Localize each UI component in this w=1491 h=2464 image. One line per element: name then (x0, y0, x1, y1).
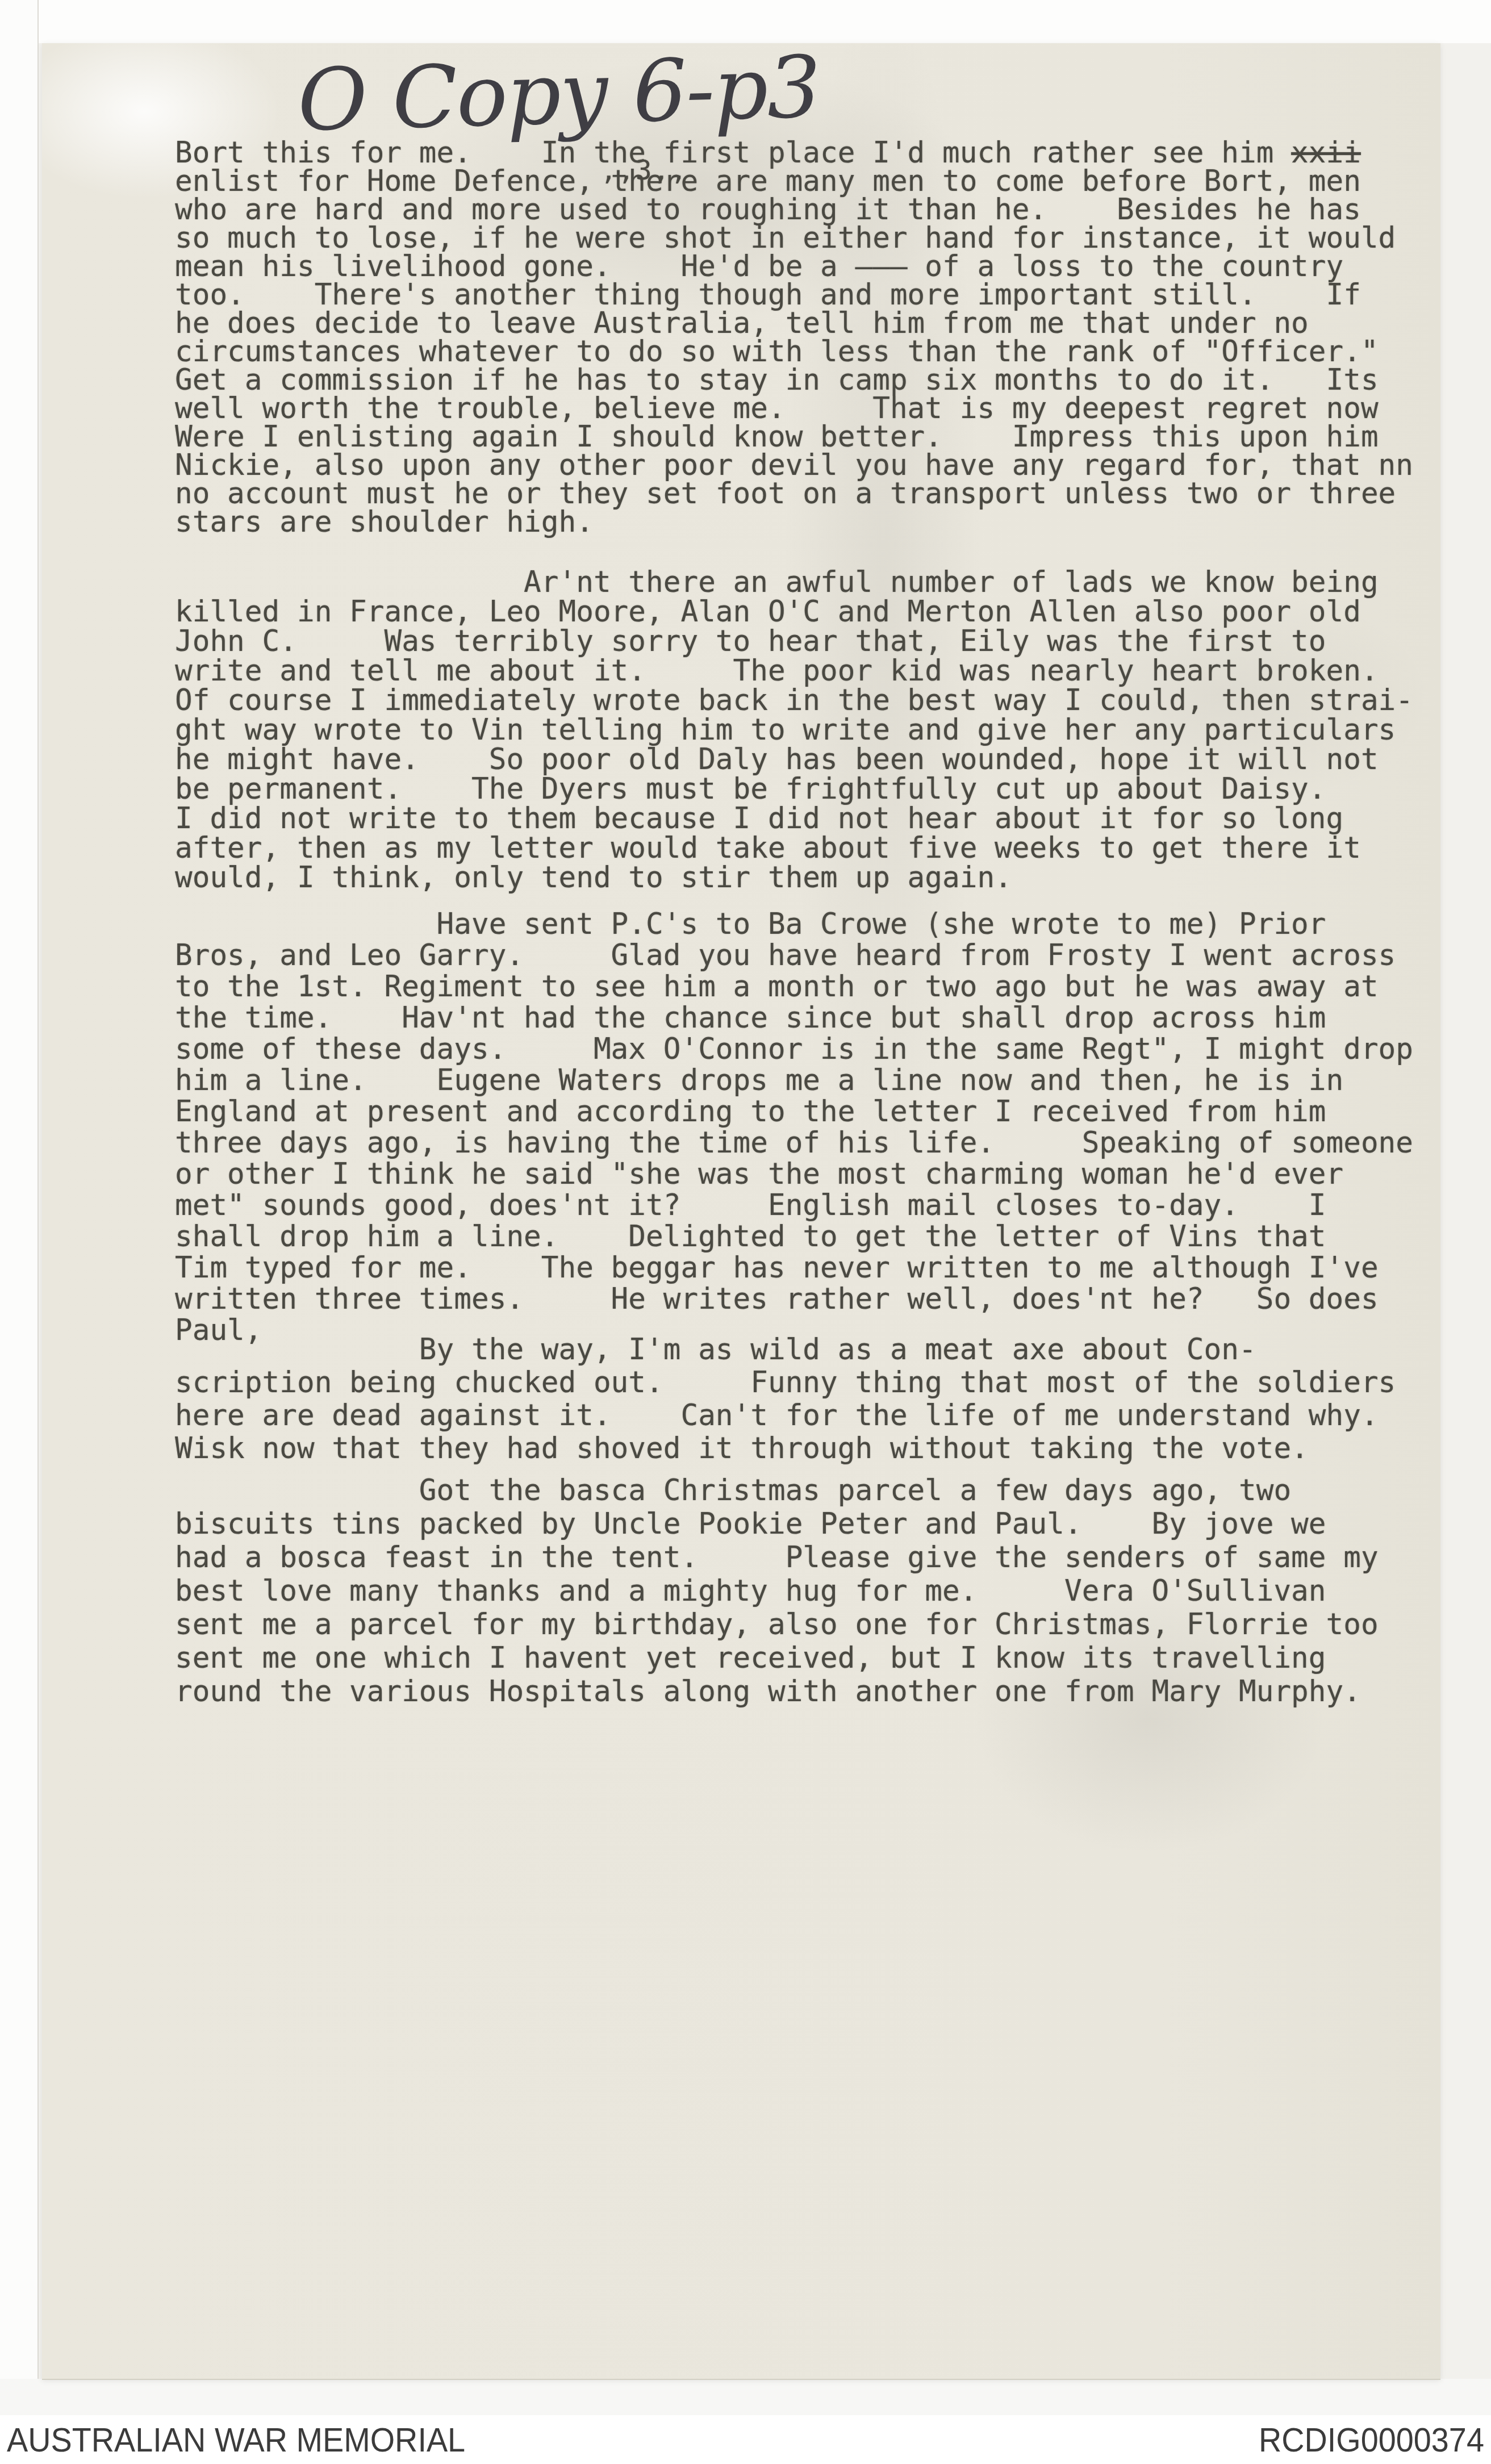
letter-line: he might have. So poor old Daly has been… (175, 745, 1436, 775)
letter-line: three days ago, is having the time of hi… (175, 1127, 1436, 1159)
letter-line: Got the basca Christmas parcel a few day… (175, 1474, 1436, 1507)
letter-line: circumstances whatever to do so with les… (175, 338, 1436, 366)
letter-line: scription being chucked out. Funny thing… (175, 1367, 1436, 1400)
letter-line: too. There's another thing though and mo… (175, 281, 1436, 310)
letter-line: or other I think he said "she was the mo… (175, 1159, 1436, 1190)
letter-line: to the 1st. Regiment to see him a month … (175, 971, 1436, 1003)
letter-line: write and tell me about it. The poor kid… (175, 657, 1436, 686)
letter-line: By the way, I'm as wild as a meat axe ab… (175, 1334, 1436, 1367)
letter-line: Ar'nt there an awful number of lads we k… (175, 568, 1436, 598)
paragraph: By the way, I'm as wild as a meat axe ab… (175, 1334, 1436, 1465)
letter-line: enlist for Home Defence, there are many … (175, 168, 1436, 196)
letter-line: who are hard and more used to roughing i… (175, 196, 1436, 224)
letter-line: sent me one which I havent yet received,… (175, 1642, 1436, 1675)
letter-page: O Copy 6-p3 ,,3,, Bort this for me. In t… (42, 43, 1440, 2380)
letter-line: would, I think, only tend to stir them u… (175, 863, 1436, 893)
letter-line: ght way wrote to Vin telling him to writ… (175, 716, 1436, 745)
letter-line: well worth the trouble, believe me. That… (175, 395, 1436, 423)
letter-line: some of these days. Max O'Connor is in t… (175, 1034, 1436, 1065)
letter-line: written three times. He writes rather we… (175, 1284, 1436, 1315)
footer-reference-id: RCDIG0000374 (1259, 2420, 1484, 2459)
letter-line: England at present and according to the … (175, 1096, 1436, 1127)
letter-line: here are dead against it. Can't for the … (175, 1400, 1436, 1433)
letter-line: be permanent. The Dyers must be frightfu… (175, 775, 1436, 804)
letter-line: Get a commission if he has to stay in ca… (175, 366, 1436, 395)
archive-footer-bar: AUSTRALIAN WAR MEMORIAL RCDIG0000374 (0, 2415, 1491, 2464)
letter-line: Bort this for me. In the first place I'd… (175, 139, 1436, 168)
letter-line: stars are shoulder high. (175, 508, 1436, 537)
paragraph: Have sent P.C's to Ba Crowe (she wrote t… (175, 909, 1436, 1346)
scanned-letter-screenshot: { "document": { "annotation_handwritten"… (0, 0, 1491, 2464)
footer-archive-name: AUSTRALIAN WAR MEMORIAL (7, 2420, 465, 2459)
letter-line: the time. Hav'nt had the chance since bu… (175, 1003, 1436, 1034)
letter-line: best love many thanks and a mighty hug f… (175, 1575, 1436, 1608)
letter-line: after, then as my letter would take abou… (175, 834, 1436, 863)
letter-line: Bros, and Leo Garry. Glad you have heard… (175, 940, 1436, 971)
letter-line: Wisk now that they had shoved it through… (175, 1433, 1436, 1465)
letter-line: killed in France, Leo Moore, Alan O'C an… (175, 598, 1436, 627)
letter-line: so much to lose, if he were shot in eith… (175, 224, 1436, 253)
letter-line: sent me a parcel for my birthday, also o… (175, 1608, 1436, 1642)
paragraph: Got the basca Christmas parcel a few day… (175, 1474, 1436, 1709)
letter-line: he does decide to leave Australia, tell … (175, 310, 1436, 338)
letter-line: no account must he or they set foot on a… (175, 480, 1436, 508)
letter-line: had a bosca feast in the tent. Please gi… (175, 1541, 1436, 1575)
paragraph: Ar'nt there an awful number of lads we k… (175, 568, 1436, 893)
letter-line: John C. Was terribly sorry to hear that,… (175, 627, 1436, 657)
scanner-background-bottom (0, 2379, 1491, 2415)
letter-line: biscuits tins packed by Uncle Pookie Pet… (175, 1507, 1436, 1541)
letter-line: I did not write to them because I did no… (175, 804, 1436, 834)
letter-line: Nickie, also upon any other poor devil y… (175, 452, 1436, 480)
letter-line: him a line. Eugene Waters drops me a lin… (175, 1065, 1436, 1096)
letter-line: Were I enlisting again I should know bet… (175, 423, 1436, 452)
letter-line: Of course I immediately wrote back in th… (175, 686, 1436, 716)
letter-line: met" sounds good, does'nt it? English ma… (175, 1190, 1436, 1221)
paragraph: Bort this for me. In the first place I'd… (175, 139, 1436, 537)
scanner-background-left (0, 0, 39, 2415)
letter-line: round the various Hospitals along with a… (175, 1675, 1436, 1709)
letter-line: Have sent P.C's to Ba Crowe (she wrote t… (175, 909, 1436, 940)
letter-line: mean his livelihood gone. He'd be a ——— … (175, 253, 1436, 281)
handwritten-annotation: O Copy 6-p3 (296, 41, 810, 148)
letter-line: Tim typed for me. The beggar has never w… (175, 1252, 1436, 1284)
scanner-background-top (0, 0, 1491, 43)
letter-line: shall drop him a line. Delighted to get … (175, 1221, 1436, 1252)
